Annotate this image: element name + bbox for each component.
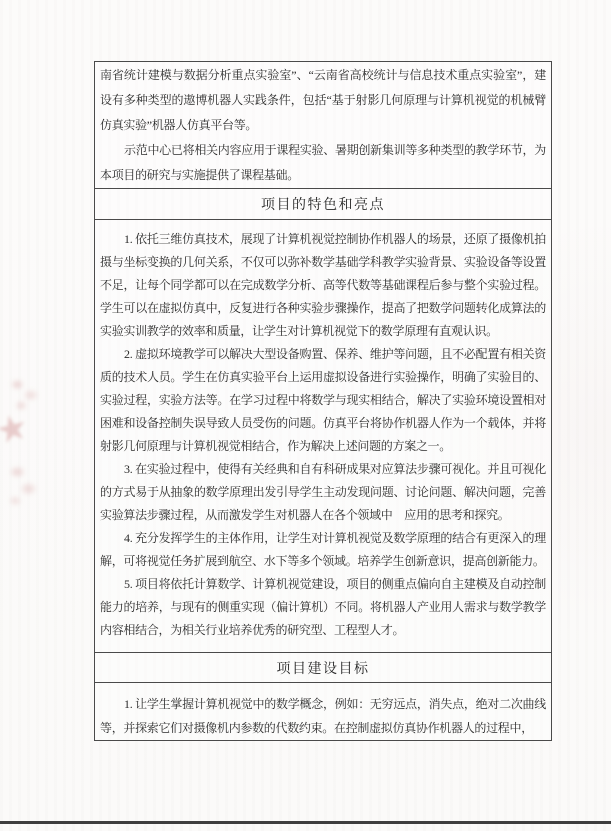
goals-section-header: 项目建设目标 <box>95 653 551 683</box>
page-bottom-edge-line <box>0 821 611 824</box>
intro-paragraph-1: 南省统计建模与数据分析重点实验室”、“云南省高校统计与信息技术重点实验室”，建设… <box>100 63 546 138</box>
scanned-page: ★ 南省统计建模与数据分析重点实验室”、“云南省高校统计与信息技术重点实验室”，… <box>0 0 611 831</box>
feature-point-5: 5. 项目将依托计算数学、计算机视觉建设，项目的侧重点偏向自主建模及自动控制能力… <box>100 573 546 642</box>
feature-point-3: 3. 在实验过程中，使得有关经典和自有科研成果对应算法步骤可视化。并且可视化的方… <box>100 458 546 527</box>
feature-point-2: 2. 虚拟环境教学可以解决大型设备购置、保养、维护等问题，且不必配置有相关资质的… <box>100 343 546 458</box>
project-document-table: 南省统计建模与数据分析重点实验室”、“云南省高校统计与信息技术重点实验室”，建设… <box>94 61 552 741</box>
feature-point-4: 4. 充分发挥学生的主体作用，让学生对计算机视觉及数学原理的结合有更深入的理解，… <box>100 527 546 573</box>
seal-bleed-mark-top <box>6 372 44 414</box>
features-section-header: 项目的特色和亮点 <box>95 189 551 220</box>
seal-star-icon: ★ <box>0 409 32 452</box>
goals-section-title: 项目建设目标 <box>277 658 370 678</box>
seal-bleed-mark-bottom <box>2 460 46 508</box>
intro-paragraph-2: 示范中心已将相关内容应用于课程实验、暑期创新集训等多种类型的教学环节，为本项目的… <box>100 138 546 188</box>
features-section-cell: 1. 依托三维仿真技术，展现了计算机视觉控制协作机器人的场景，还原了摄像机拍摄与… <box>95 220 551 653</box>
red-seal-bleed-through: ★ <box>0 368 60 518</box>
features-section-title: 项目的特色和亮点 <box>261 194 385 214</box>
intro-continuation-cell: 南省统计建模与数据分析重点实验室”、“云南省高校统计与信息技术重点实验室”，建设… <box>95 62 551 189</box>
goals-section-cell: 1. 让学生掌握计算机视觉中的数学概念，例如：无穷远点，消失点，绝对二次曲线等，… <box>95 683 551 742</box>
feature-point-1: 1. 依托三维仿真技术，展现了计算机视觉控制协作机器人的场景，还原了摄像机拍摄与… <box>100 228 546 343</box>
goal-point-1: 1. 让学生掌握计算机视觉中的数学概念，例如：无穷远点，消失点，绝对二次曲线等，… <box>100 692 546 740</box>
